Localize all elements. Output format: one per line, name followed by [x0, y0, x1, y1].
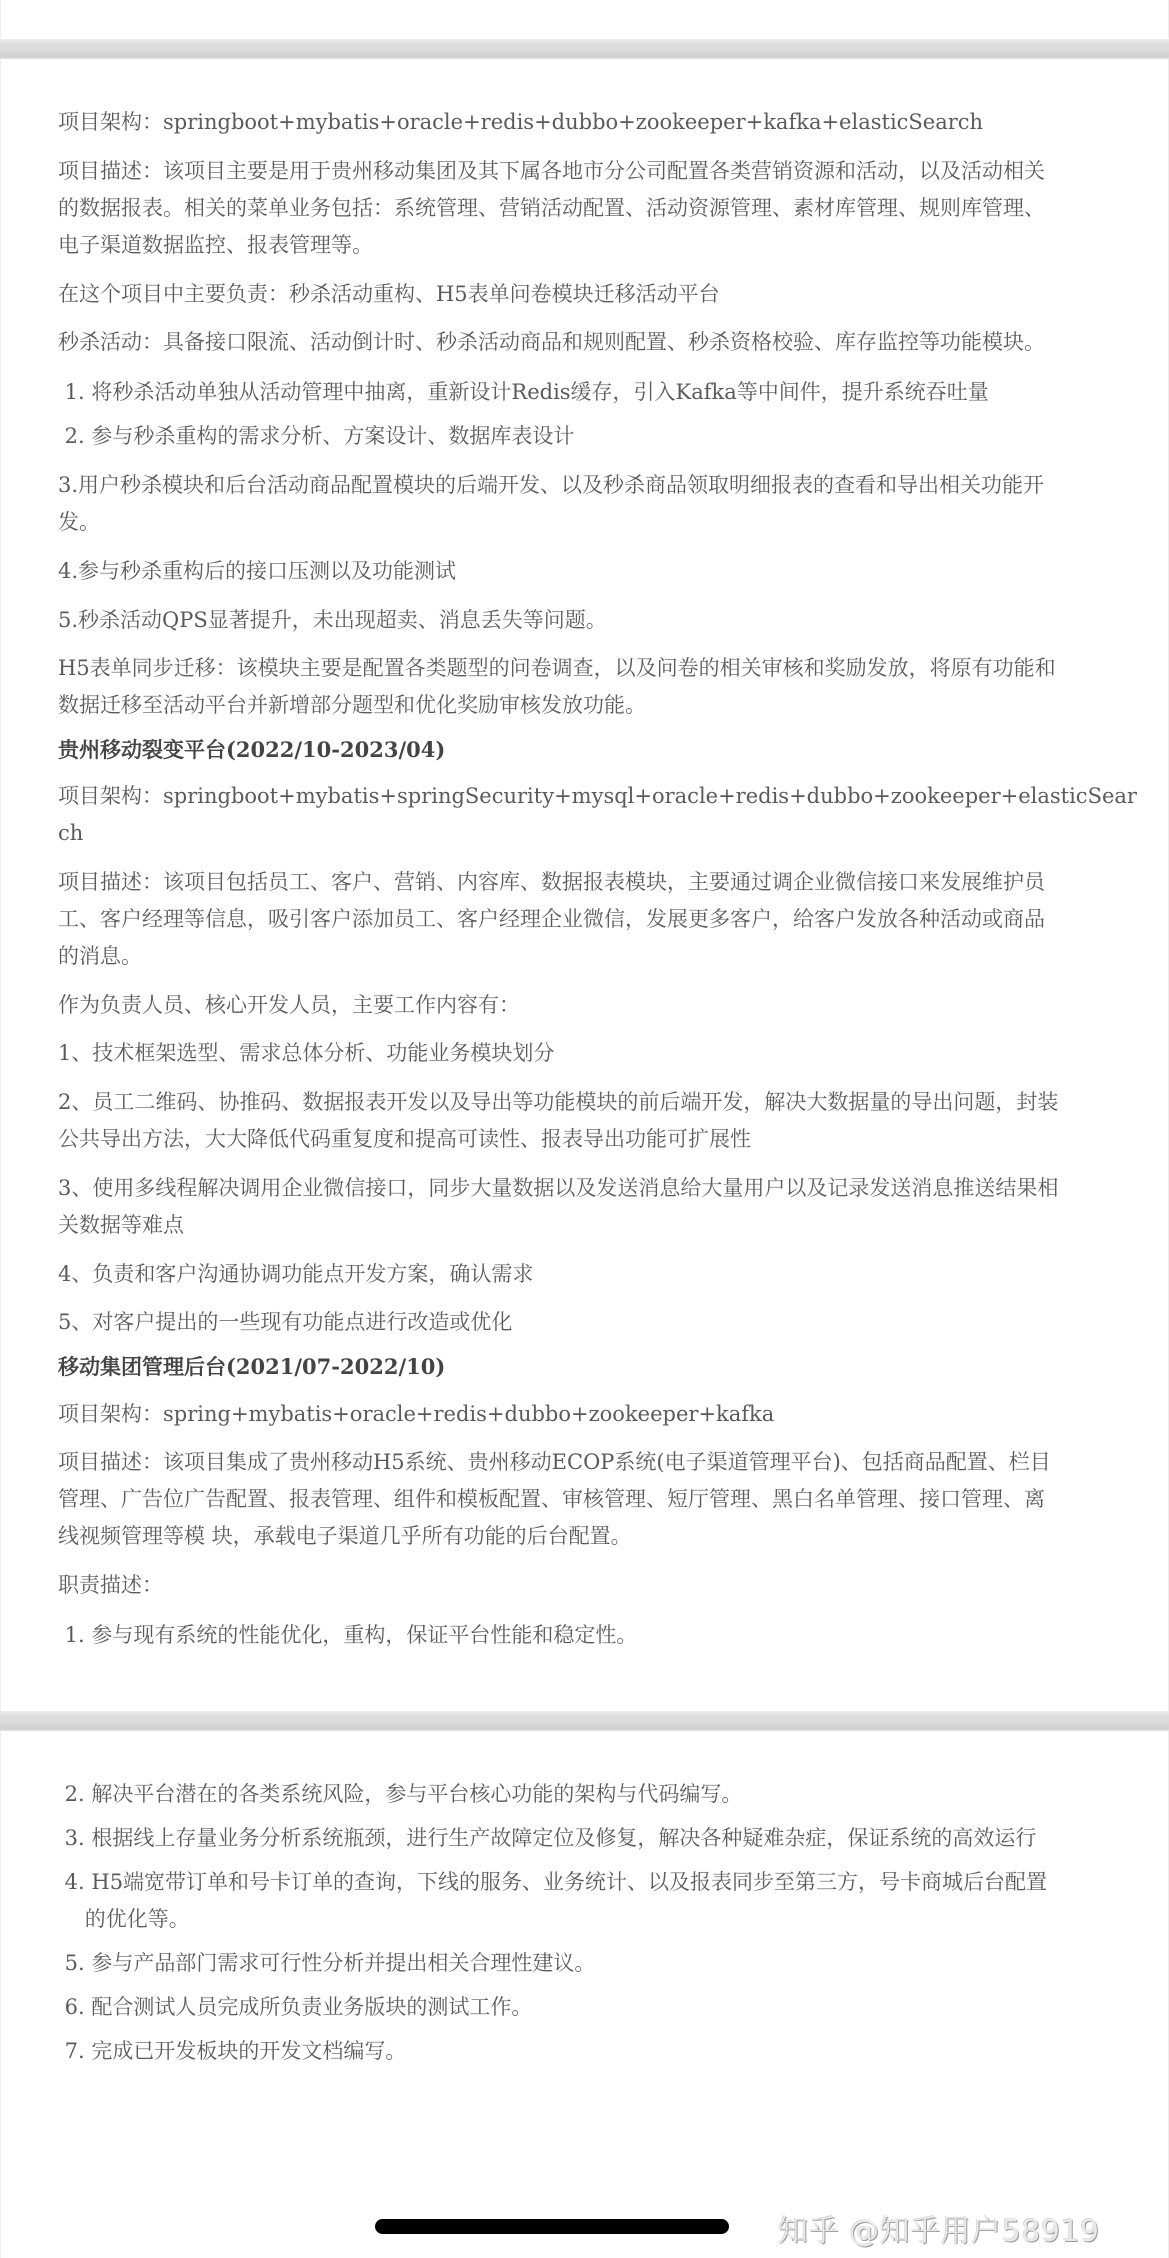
page-divider-top [0, 39, 1169, 59]
previous-page-bottom [0, 0, 1169, 38]
text-line: 电子渠道数据监控、报表管理等。 [58, 227, 373, 264]
text-line: 项目描述：该项目集成了贵州移动H5系统、贵州移动ECOP系统(电子渠道管理平台)… [58, 1444, 1051, 1481]
text-line: 5. 参与产品部门需求可行性分析并提出相关合理性建议。 [58, 1945, 595, 1982]
text-line: 职责描述： [58, 1567, 163, 1604]
project-title: 移动集团管理后台(2021/07-2022/10) [58, 1348, 445, 1385]
text-line: 秒杀活动：具备接口限流、活动倒计时、秒杀活动商品和规则配置、秒杀资格校验、库存监… [58, 324, 1045, 361]
text-line: 项目架构：springboot+mybatis+springSecurity+m… [58, 778, 1137, 815]
text-line: 2. 参与秒杀重构的需求分析、方案设计、数据库表设计 [58, 418, 574, 455]
page-divider-middle [0, 1711, 1169, 1731]
text-line: 在这个项目中主要负责：秒杀活动重构、H5表单问卷模块迁移活动平台 [58, 276, 720, 313]
text-line: 公共导出方法，大大降低代码重复度和提高可读性、报表导出功能可扩展性 [58, 1121, 751, 1158]
text-line: 3. 根据线上存量业务分析系统瓶颈，进行生产故障定位及修复，解决各种疑难杂症，保… [58, 1820, 1036, 1857]
text-line: ch [58, 815, 83, 852]
text-line: 1、技术框架选型、需求总体分析、功能业务模块划分 [58, 1035, 554, 1072]
project-title: 贵州移动裂变平台(2022/10-2023/04) [58, 731, 445, 768]
text-line: 2. 解决平台潜在的各类系统风险，参与平台核心功能的架构与代码编写。 [58, 1776, 742, 1813]
text-line: 项目描述：该项目包括员工、客户、营销、内容库、数据报表模块，主要通过调企业微信接… [58, 864, 1045, 901]
text-line: 4. H5端宽带订单和号卡订单的查询，下线的服务、业务统计、以及报表同步至第三方… [58, 1864, 1047, 1901]
text-line: 2、员工二维码、协推码、数据报表开发以及导出等功能模块的前后端开发，解决大数据量… [58, 1084, 1058, 1121]
text-line: 发。 [58, 504, 100, 541]
text-line: 管理、广告位广告配置、报表管理、组件和模板配置、审核管理、短厅管理、黑白名单管理… [58, 1481, 1045, 1518]
text-line: 4.参与秒杀重构后的接口压测以及功能测试 [58, 553, 456, 590]
text-line: 线视频管理等模 块，承载电子渠道几乎所有功能的后台配置。 [58, 1518, 632, 1555]
zhihu-watermark: 知乎 @知乎用户58919 [778, 2206, 1099, 2250]
text-line: H5表单同步迁移：该模块主要是配置各类题型的问卷调查，以及问卷的相关审核和奖励发… [58, 650, 1056, 687]
text-line: 3、使用多线程解决调用企业微信接口，同步大量数据以及发送消息给大量用户以及记录发… [58, 1170, 1058, 1207]
text-line: 数据迁移至活动平台并新增部分题型和优化奖励审核发放功能。 [58, 687, 646, 724]
text-line: 5.秒杀活动QPS显著提升，未出现超卖、消息丢失等问题。 [58, 602, 607, 639]
text-line: 项目架构：spring+mybatis+oracle+redis+dubbo+z… [58, 1396, 774, 1433]
text-line: 作为负责人员、核心开发人员，主要工作内容有： [58, 987, 520, 1024]
text-line: 的数据报表。相关的菜单业务包括：系统管理、营销活动配置、活动资源管理、素材库管理… [58, 190, 1045, 227]
text-line: 1. 参与现有系统的性能优化，重构，保证平台性能和稳定性。 [58, 1617, 637, 1654]
text-line: 的优化等。 [58, 1901, 190, 1938]
text-line: 3.用户秒杀模块和后台活动商品配置模块的后端开发、以及秒杀商品领取明细报表的查看… [58, 467, 1044, 504]
text-line: 工、客户经理等信息，吸引客户添加员工、客户经理企业微信，发展更多客户，给客户发放… [58, 901, 1045, 938]
text-line: 关数据等难点 [58, 1207, 184, 1244]
text-line: 的消息。 [58, 938, 142, 975]
text-line: 项目描述：该项目主要是用于贵州移动集团及其下属各地市分公司配置各类营销资源和活动… [58, 153, 1045, 190]
home-indicator-bar[interactable] [375, 2219, 729, 2234]
text-line: 项目架构：springboot+mybatis+oracle+redis+dub… [58, 104, 983, 141]
text-line: 5、对客户提出的一些现有功能点进行改造或优化 [58, 1304, 512, 1341]
text-line: 6. 配合测试人员完成所负责业务版块的测试工作。 [58, 1989, 532, 2026]
text-line: 4、负责和客户沟通协调功能点开发方案，确认需求 [58, 1256, 533, 1293]
text-line: 7. 完成已开发板块的开发文档编写。 [58, 2033, 406, 2070]
text-line: 1. 将秒杀活动单独从活动管理中抽离，重新设计Redis缓存，引入Kafka等中… [58, 374, 989, 411]
